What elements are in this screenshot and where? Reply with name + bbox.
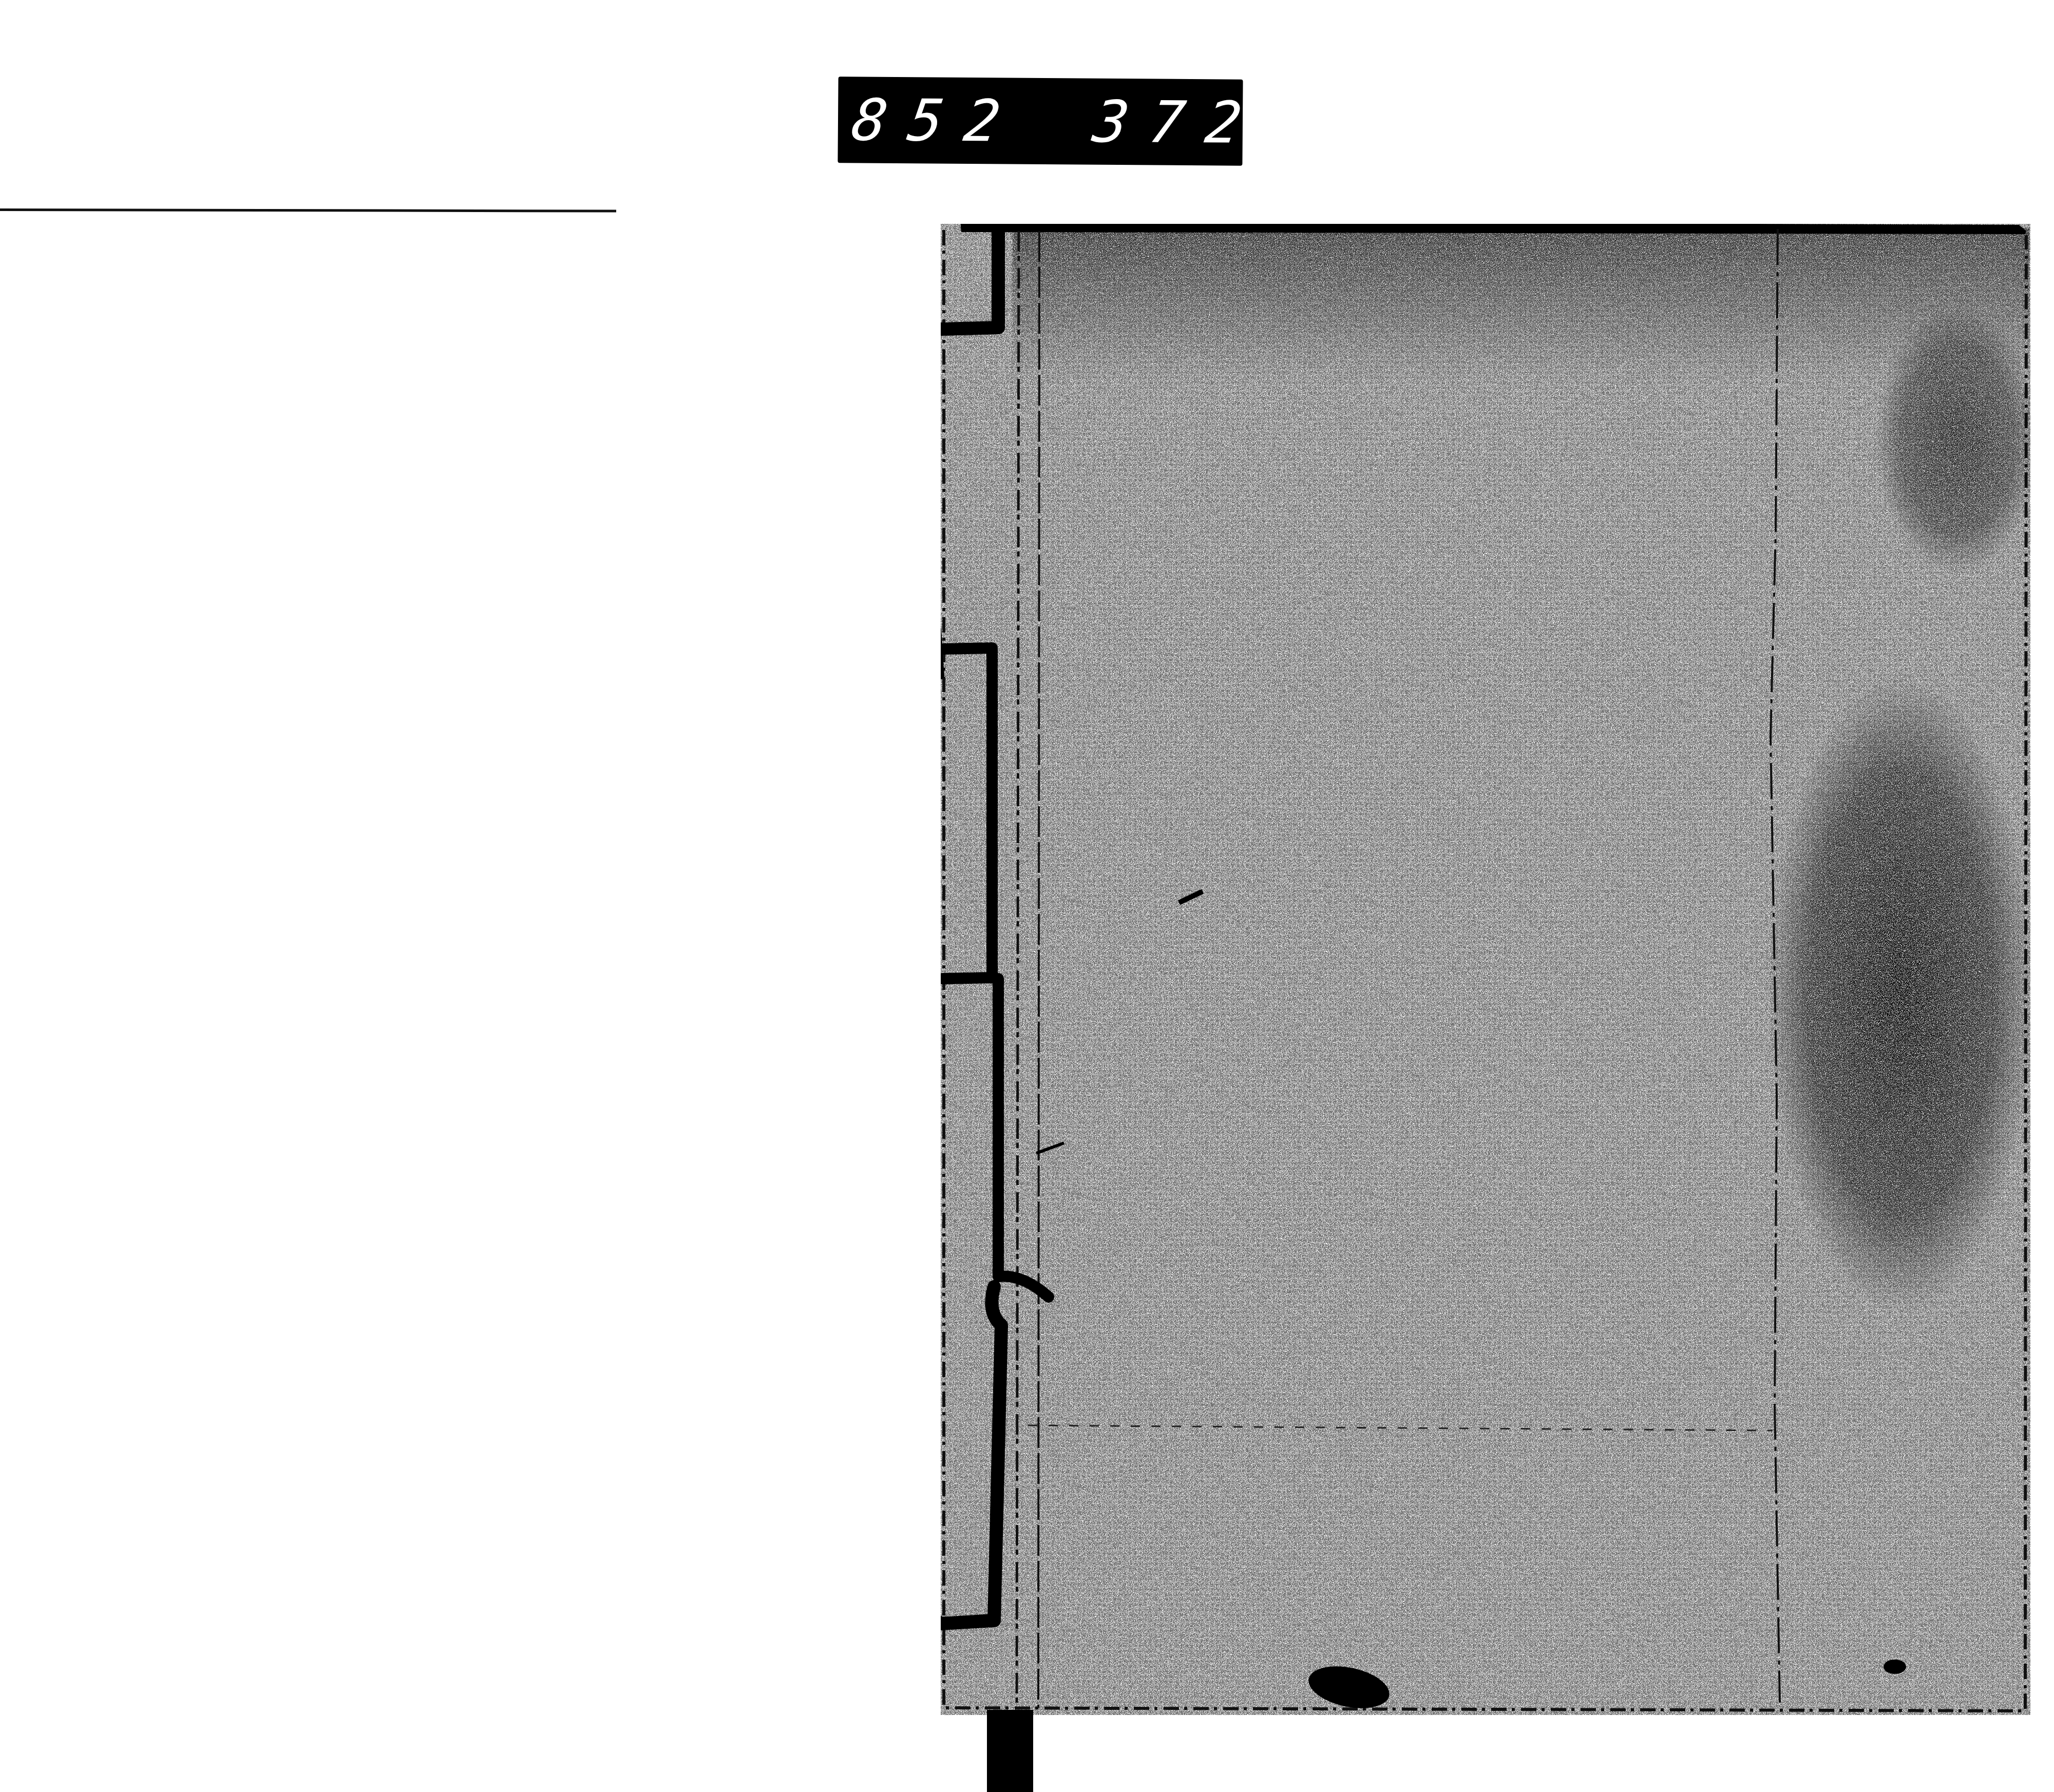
book-cover-artwork — [941, 224, 2030, 1715]
spine-tab — [987, 1710, 1033, 1792]
book-cover — [941, 224, 2030, 1715]
call-number-left: 852 — [847, 87, 1025, 155]
call-number-label: 852 372. — [838, 77, 1243, 165]
call-number-right: 372. — [1089, 89, 1323, 157]
horizontal-rule — [0, 208, 616, 213]
